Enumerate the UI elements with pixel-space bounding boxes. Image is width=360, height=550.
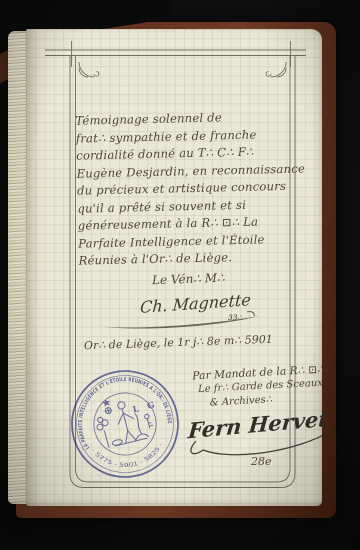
book-photo: LA PARFAITE INTELLIGENCE ET L'ÉTOILE RÉU… <box>0 0 360 550</box>
notebook-page <box>26 29 322 506</box>
